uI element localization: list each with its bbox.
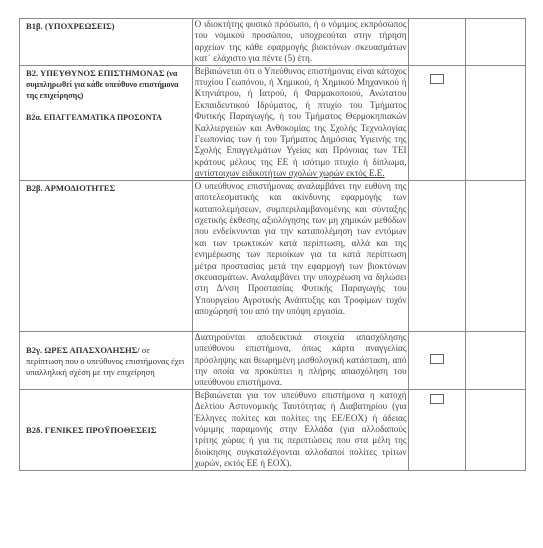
checkbox-b2a[interactable] xyxy=(430,74,444,84)
notes-cell xyxy=(465,180,525,331)
notes-cell xyxy=(465,389,525,470)
row-label-cell: Β2δ. ΓΕΝΙΚΕΣ ΠΡΟΫΠΟΘΕΣΕΙΣ xyxy=(20,389,193,470)
checkbox-cell xyxy=(408,389,465,470)
row-label: Β2γ. ΩΡΕΣ ΑΠΑΣΧΟΛΗΣΗΣ/ xyxy=(26,345,140,355)
row-description: Ο υπεύθυνος επιστήμονας αναλαμβάνει την … xyxy=(192,180,408,331)
checkbox-b2c[interactable] xyxy=(430,354,444,364)
row-label: Β2. ΥΠΕΥΘΥΝΟΣ ΕΠΙΣΤΗΜΟΝΑΣ xyxy=(26,68,164,78)
row-description-underlined: αντίστοιχων ειδικοτήτων σχολών χωρών εκτ… xyxy=(195,168,385,178)
checkbox-cell-empty xyxy=(408,19,465,66)
checkbox-cell xyxy=(408,331,465,389)
table-row-b2b: Β2β. ΑΡΜΟΔΙΟΤΗΤΕΣ Ο υπεύθυνος επιστήμονα… xyxy=(20,180,526,331)
row-label-cell: Β2. ΥΠΕΥΘΥΝΟΣ ΕΠΙΣΤΗΜΟΝΑΣ (να συμπληρωθε… xyxy=(20,65,193,180)
row-label: Β2δ. ΓΕΝΙΚΕΣ ΠΡΟΫΠΟΘΕΣΕΙΣ xyxy=(26,425,156,435)
row-description: Διατηρούνται αποδεικτικά στοιχεία απασχό… xyxy=(192,331,408,389)
table-row-b1b: Β1β. (ΥΠΟΧΡΕΩΣΕΙΣ) Ο ιδιοκτήτης φυσικό π… xyxy=(20,19,526,66)
row-description: Βεβαιώνεται για τον υπεύθυνο επιστήμονα … xyxy=(192,389,408,470)
notes-cell xyxy=(465,19,525,66)
checkbox-cell-empty xyxy=(408,180,465,331)
notes-cell xyxy=(465,65,525,180)
row-description: Ο ιδιοκτήτης φυσικό πρόσωπο, ή ο νόμιμος… xyxy=(192,19,408,66)
row-label-cell: Β1β. (ΥΠΟΧΡΕΩΣΕΙΣ) xyxy=(20,19,193,66)
row-sublabel: Β2α. ΕΠΑΓΓΕΛΜΑΤΙΚΑ ΠΡΟΣΟΝΤΑ xyxy=(26,113,162,122)
table-row-b2a: Β2. ΥΠΕΥΘΥΝΟΣ ΕΠΙΣΤΗΜΟΝΑΣ (να συμπληρωθε… xyxy=(20,65,526,180)
requirements-table: Β1β. (ΥΠΟΧΡΕΩΣΕΙΣ) Ο ιδιοκτήτης φυσικό π… xyxy=(19,18,526,471)
row-description: Βεβαιώνεται ότι ο Υπεύθυνος επιστήμονας … xyxy=(192,65,408,180)
table-row-b2d: Β2δ. ΓΕΝΙΚΕΣ ΠΡΟΫΠΟΘΕΣΕΙΣ Βεβαιώνεται γι… xyxy=(20,389,526,470)
row-label: Β1β. (ΥΠΟΧΡΕΩΣΕΙΣ) xyxy=(26,21,115,31)
row-label-cell: Β2β. ΑΡΜΟΔΙΟΤΗΤΕΣ xyxy=(20,180,193,331)
checkbox-cell xyxy=(408,65,465,180)
notes-cell xyxy=(465,331,525,389)
table-row-b2c: Β2γ. ΩΡΕΣ ΑΠΑΣΧΟΛΗΣΗΣ/ σε περίπτωση που … xyxy=(20,331,526,389)
checkbox-b2d[interactable] xyxy=(430,394,444,404)
row-description-text: Βεβαιώνεται ότι ο Υπεύθυνος επιστήμονας … xyxy=(195,66,407,167)
row-label-cell: Β2γ. ΩΡΕΣ ΑΠΑΣΧΟΛΗΣΗΣ/ σε περίπτωση που … xyxy=(20,331,193,389)
row-label: Β2β. ΑΡΜΟΔΙΟΤΗΤΕΣ xyxy=(26,183,115,193)
